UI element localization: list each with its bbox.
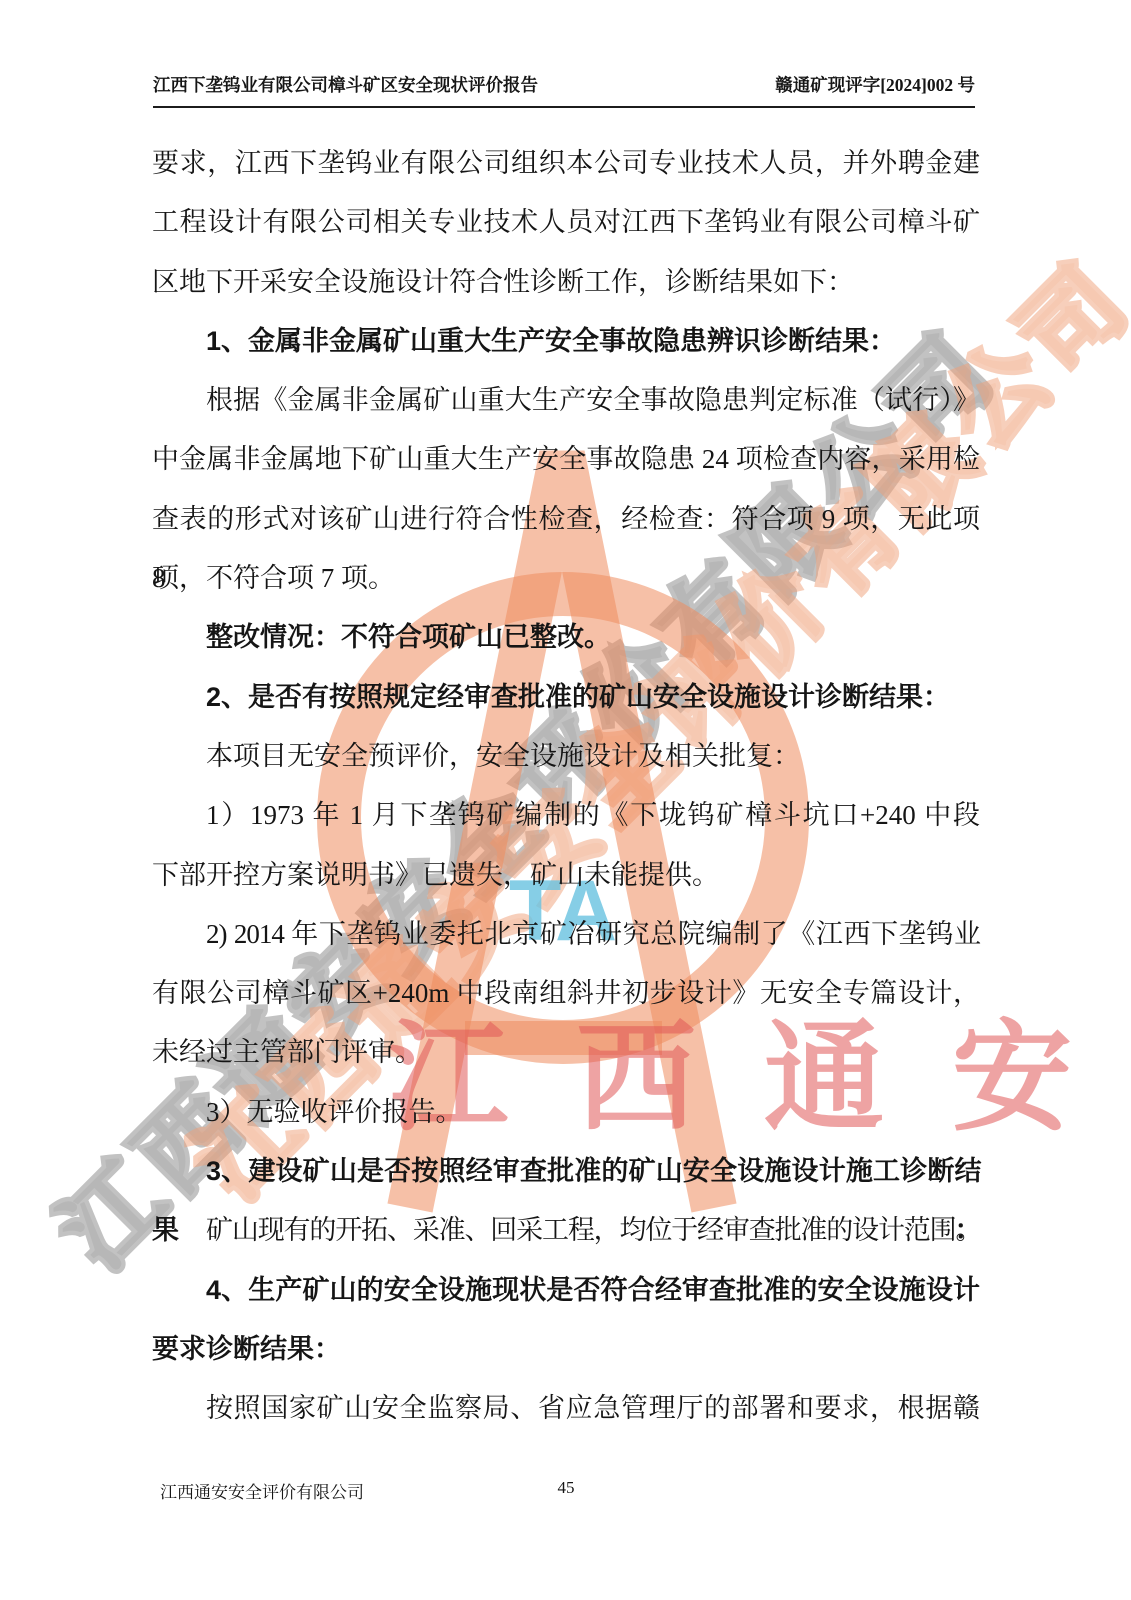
body-line: 3）无验收评价报告。 xyxy=(152,1083,980,1142)
header-report-title: 江西下垄钨业有限公司樟斗矿区安全现状评价报告 xyxy=(153,72,538,97)
section-heading: 1、金属非金属矿山重大生产安全事故隐患辨识诊断结果： xyxy=(152,312,980,371)
page-header: 江西下垄钨业有限公司樟斗矿区安全现状评价报告 赣通矿现评字[2024]002 号 xyxy=(153,72,975,108)
header-doc-number: 赣通矿现评字[2024]002 号 xyxy=(775,72,975,97)
footer-page-number: 45 xyxy=(152,1478,980,1498)
body-line: 工程设计有限公司相关专业技术人员对江西下垄钨业有限公司樟斗矿 xyxy=(152,193,980,252)
body-line: 中金属非金属地下矿山重大生产安全事故隐患 24 项检查内容，采用检 xyxy=(152,430,980,489)
body-line: 有限公司樟斗矿区+240m 中段南组斜井初步设计》无安全专篇设计， xyxy=(152,964,980,1023)
body-line: 项，不符合项 7 项。 xyxy=(152,549,980,608)
section-heading: 3、建设矿山是否按照经审查批准的矿山安全设施设计施工诊断结果： xyxy=(152,1142,980,1201)
document-page: 江西通安安全评价有限公司 江西通安安全评价有限公司 TA 江西通安 江西下垄钨业… xyxy=(0,0,1131,1600)
body-line: 根据《金属非金属矿山重大生产安全事故隐患判定标准（试行）》 xyxy=(152,371,980,430)
section-heading: 2、是否有按照规定经审查批准的矿山安全设施设计诊断结果： xyxy=(152,668,980,727)
body-line: 区地下开采安全设施设计符合性诊断工作，诊断结果如下： xyxy=(152,253,980,312)
body-line: 查表的形式对该矿山进行符合性检查，经检查：符合项 9 项，无此项 8 xyxy=(152,490,980,549)
body-line: 矿山现有的开拓、采准、回采工程，均位于经审查批准的设计范围。 xyxy=(152,1201,980,1260)
section-heading: 4、生产矿山的安全设施现状是否符合经审查批准的安全设施设计 xyxy=(152,1261,980,1320)
section-heading: 整改情况：不符合项矿山已整改。 xyxy=(152,608,980,667)
body-line: 要求，江西下垄钨业有限公司组织本公司专业技术人员，并外聘金建 xyxy=(152,134,980,193)
document-body: 要求，江西下垄钨业有限公司组织本公司专业技术人员，并外聘金建 工程设计有限公司相… xyxy=(152,134,980,1439)
body-line: 按照国家矿山安全监察局、省应急管理厅的部署和要求，根据赣 xyxy=(152,1379,980,1438)
body-line: 未经过主管部门评审。 xyxy=(152,1023,980,1082)
body-line: 2) 2014 年下垄钨业委托北京矿冶研究总院编制了《江西下垄钨业 xyxy=(152,905,980,964)
body-line: 1）1973 年 1 月下垄钨矿编制的《下垅钨矿樟斗坑口+240 中段 xyxy=(152,786,980,845)
section-heading: 要求诊断结果： xyxy=(152,1320,980,1379)
body-line: 本项目无安全预评价，安全设施设计及相关批复： xyxy=(152,727,980,786)
body-line: 下部开控方案说明书》已遗失，矿山未能提供。 xyxy=(152,846,980,905)
page-footer: 江西通安安全评价有限公司 45 xyxy=(152,1478,980,1502)
